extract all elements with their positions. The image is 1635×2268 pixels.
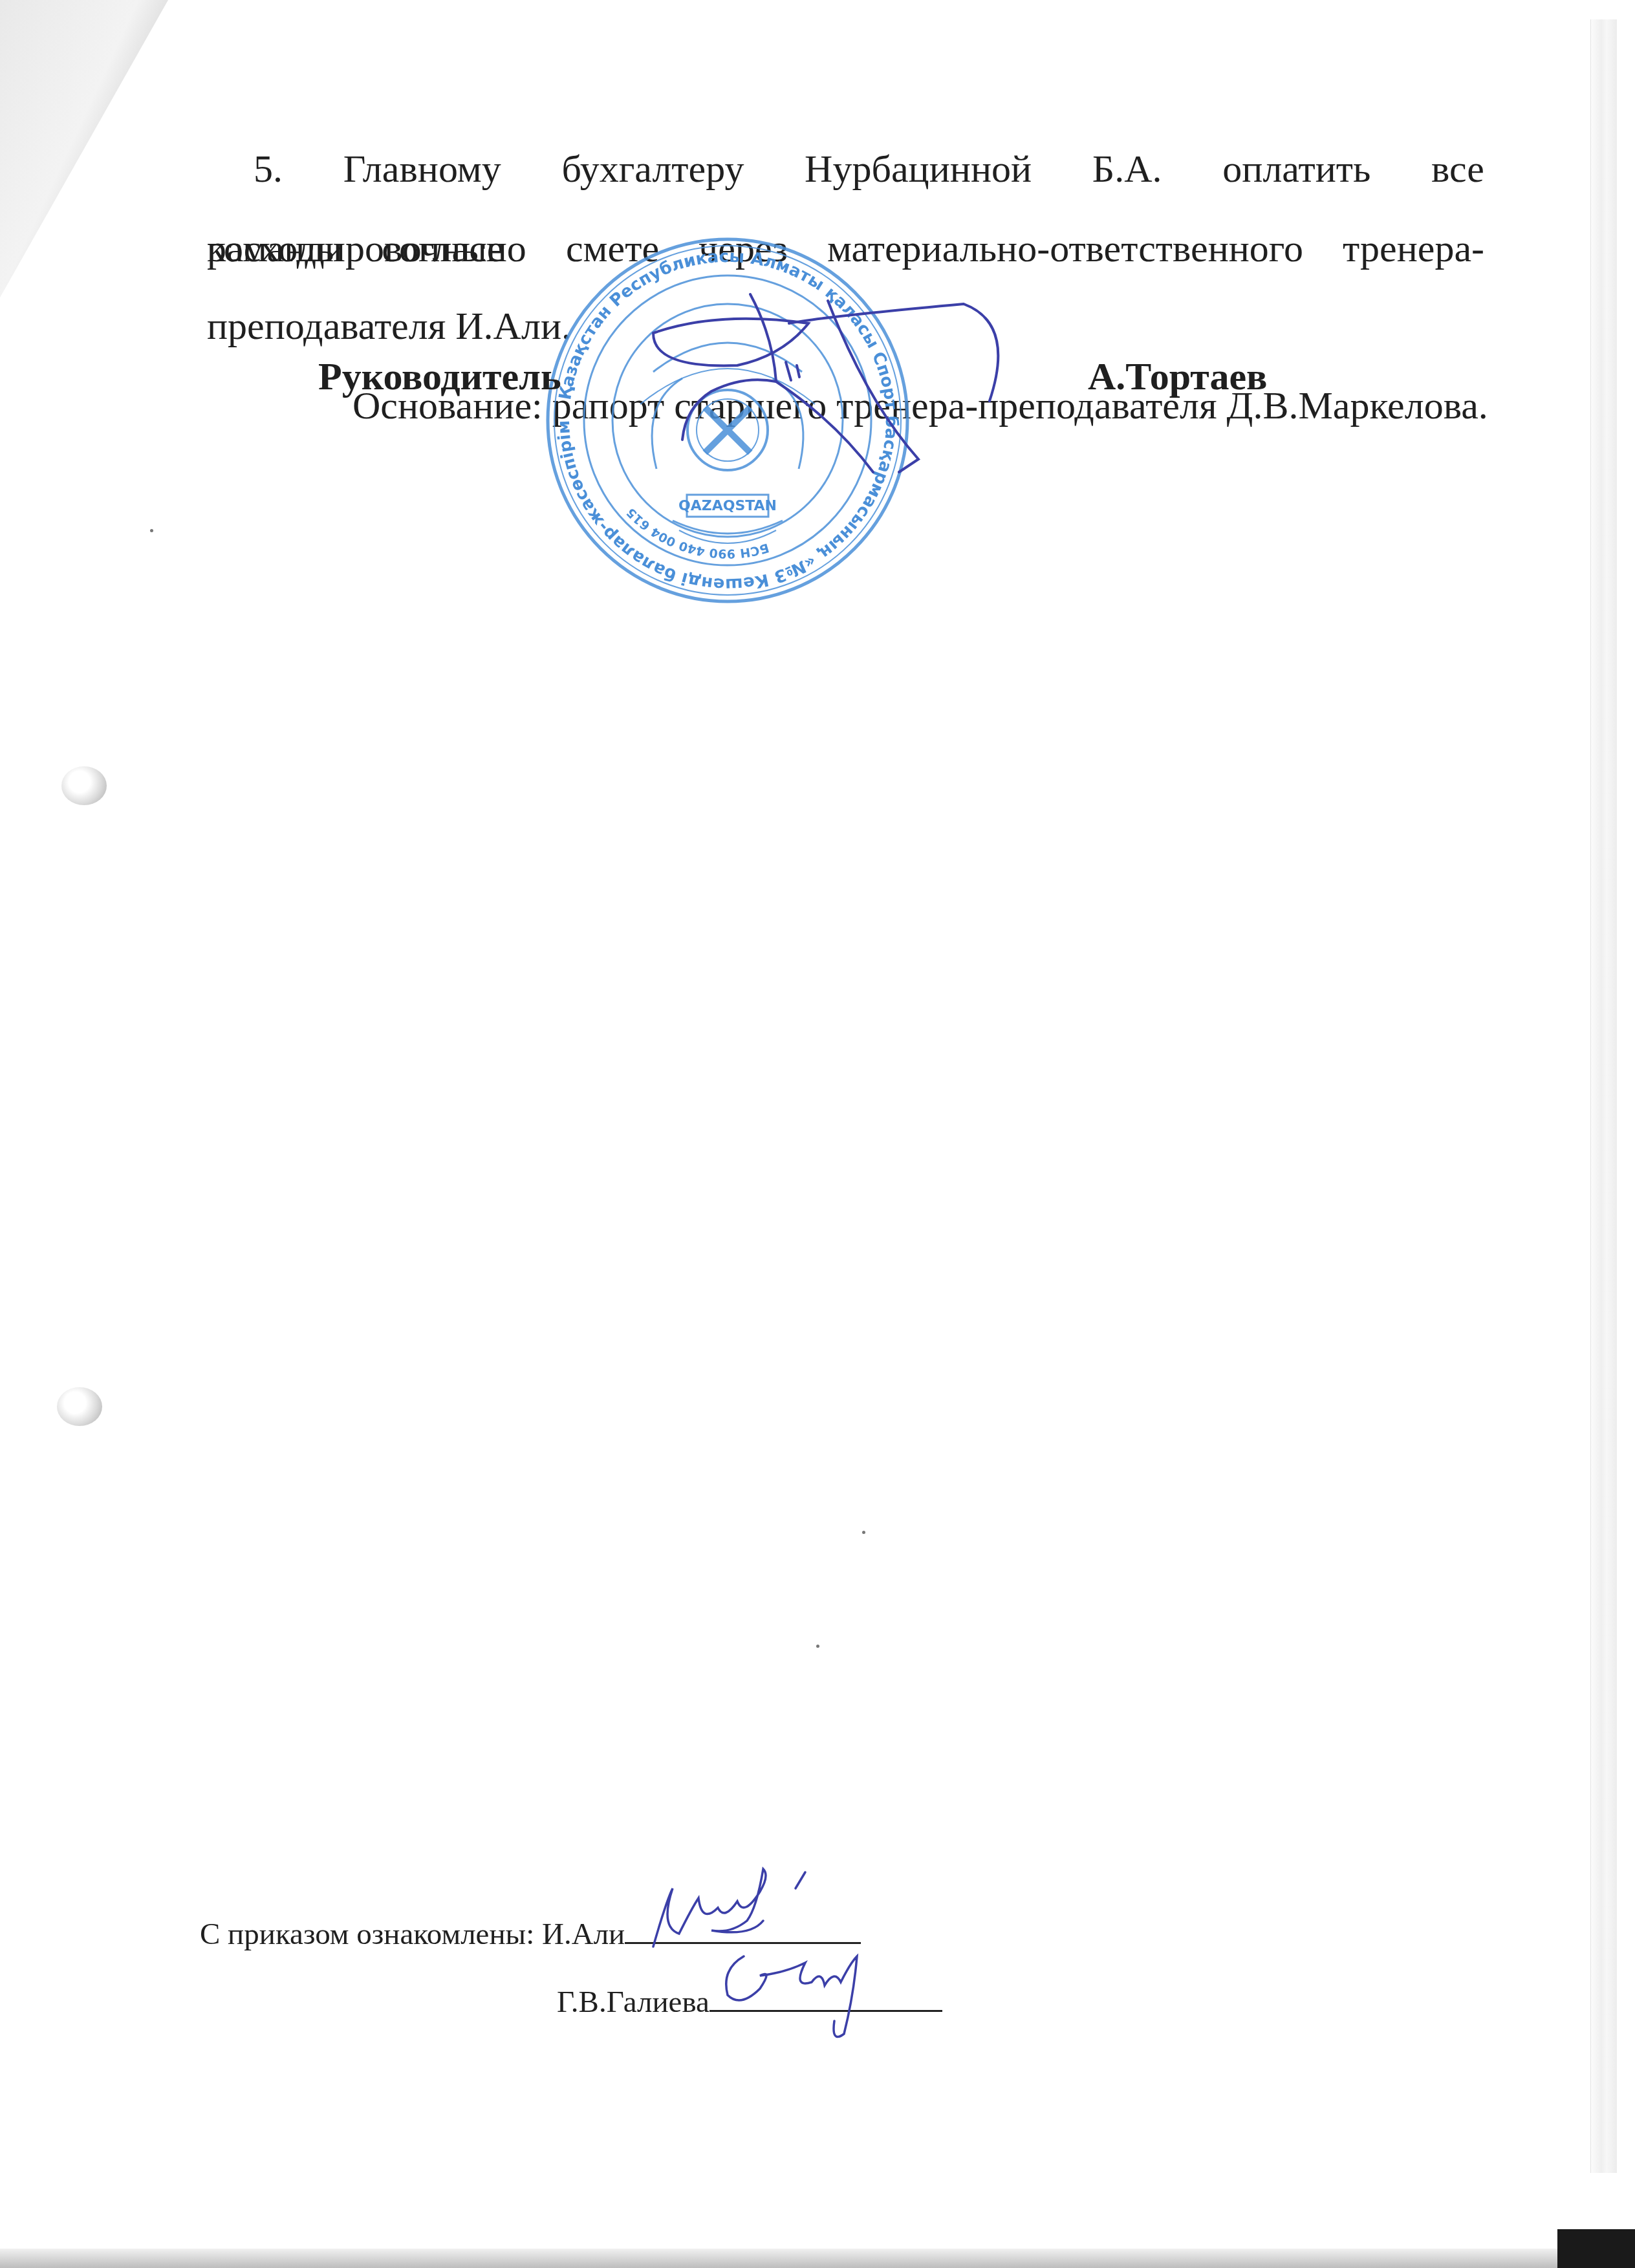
signature-galieva (715, 1943, 883, 2047)
scan-speck (816, 1645, 819, 1648)
svg-text:QAZAQSTAN: QAZAQSTAN (678, 498, 777, 514)
signature-ali (640, 1863, 847, 1953)
folded-corner (0, 0, 168, 297)
signatory-name: А.Тортаев (1088, 354, 1267, 399)
paragraph-5-line3: преподавателя И.Али. (207, 304, 571, 349)
director-signature (614, 285, 1054, 491)
paper-stack-edge (1590, 19, 1617, 2173)
scan-speck (150, 529, 153, 532)
scan-speck (862, 1531, 865, 1534)
punch-hole (57, 1387, 102, 1426)
ack-person-1: И.Али (542, 1917, 625, 1951)
punch-hole (61, 766, 107, 805)
ack-label: С приказом ознакомлены: (200, 1917, 534, 1951)
signatory-title: Руководитель (318, 354, 561, 399)
ack-person-2: Г.В.Галиева (557, 1985, 709, 2019)
scanner-shadow (1557, 2229, 1635, 2268)
paper-bottom-edge (0, 2249, 1635, 2268)
